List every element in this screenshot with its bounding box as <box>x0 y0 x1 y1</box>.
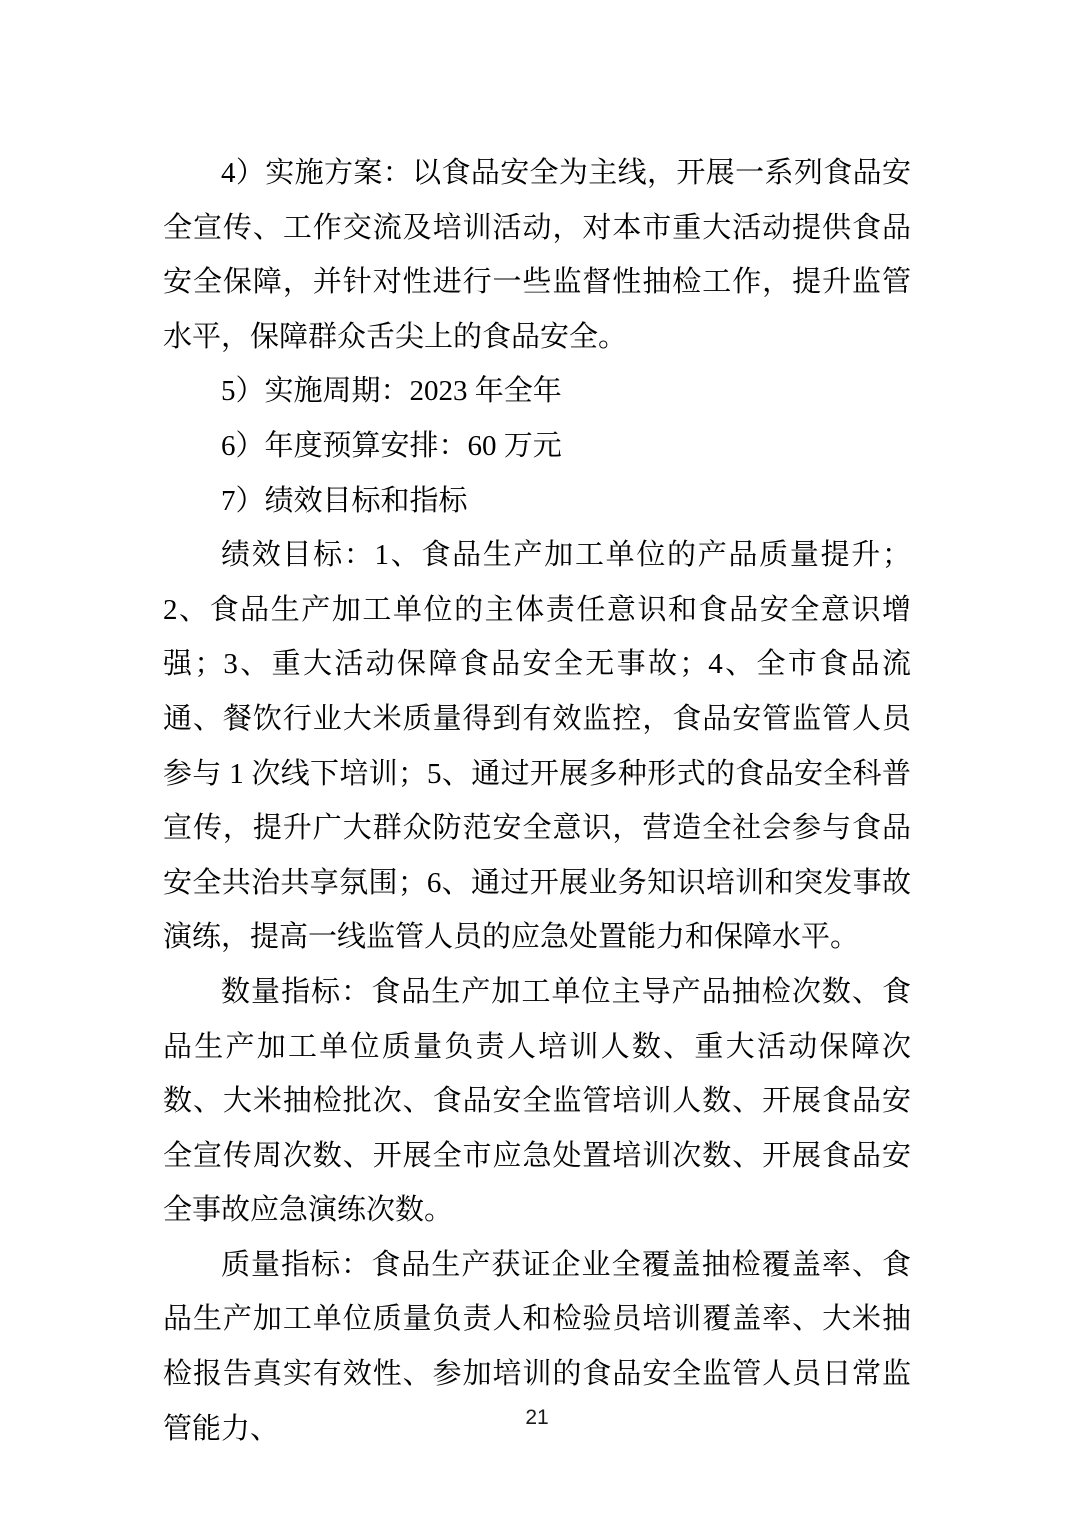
paragraph-implementation-plan: 4）实施方案：以食品安全为主线，开展一系列食品安全宣传、工作交流及培训活动，对本… <box>163 146 911 364</box>
document-page: 4）实施方案：以食品安全为主线，开展一系列食品安全宣传、工作交流及培训活动，对本… <box>0 0 1074 1520</box>
paragraph-implementation-period: 5）实施周期：2023 年全年 <box>163 364 911 419</box>
paragraph-performance-goals: 绩效目标：1、食品生产加工单位的产品质量提升；2、食品生产加工单位的主体责任意识… <box>163 528 911 965</box>
paragraph-quantity-indicators: 数量指标：食品生产加工单位主导产品抽检次数、食品生产加工单位质量负责人培训人数、… <box>163 965 911 1238</box>
paragraph-annual-budget: 6）年度预算安排：60 万元 <box>163 419 911 474</box>
paragraph-performance-heading: 7）绩效目标和指标 <box>163 474 911 529</box>
document-body: 4）实施方案：以食品安全为主线，开展一系列食品安全宣传、工作交流及培训活动，对本… <box>163 146 911 1456</box>
page-number: 21 <box>0 1406 1074 1430</box>
